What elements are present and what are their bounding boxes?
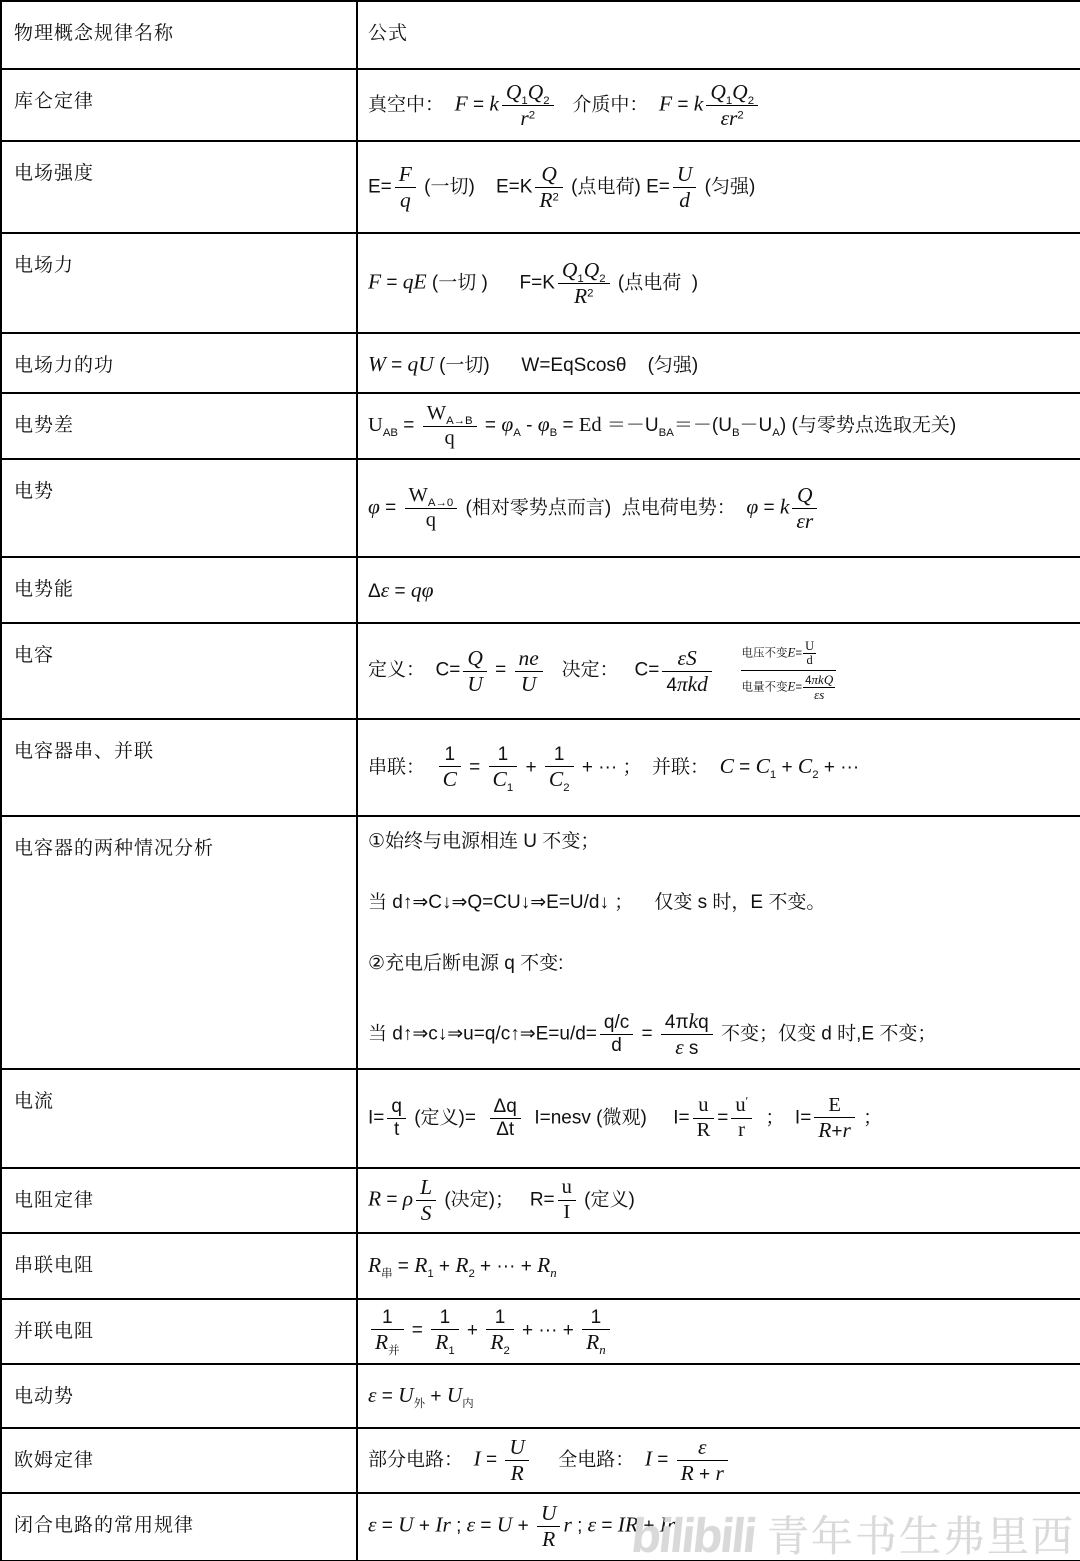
concept-name: 串联电阻 bbox=[1, 1233, 357, 1299]
table-row: 串联电阻R串 = R1 + R2 + ··· + Rn bbox=[1, 1233, 1080, 1299]
table-row: 欧姆定律部分电路： I = UR 全电路： I = εR + r bbox=[1, 1428, 1080, 1493]
concept-name: 电容器的两种情况分析 bbox=[1, 816, 357, 1069]
concept-name: 电势 bbox=[1, 459, 357, 557]
column-header-name: 物理概念规律名称 bbox=[1, 1, 357, 69]
table-row: 电场力的功W = qU (一切) W=EqScosθ (匀强) bbox=[1, 333, 1080, 393]
concept-name: 电阻定律 bbox=[1, 1168, 357, 1233]
formula: UAB = WA→Bq = φA - φB = Ed ＝－UBA＝－(UB－UA… bbox=[357, 393, 1080, 459]
table-row: 电场强度E=Fq (一切) E=KQR2 (点电荷) E=Ud (匀强) bbox=[1, 141, 1080, 233]
table-row: 电场力F = qE (一切 ) F=KQ1Q2R2 (点电荷 ) bbox=[1, 233, 1080, 333]
table-row: 闭合电路的常用规律ε = U + Ir ; ε = U + URr ; ε = … bbox=[1, 1493, 1080, 1561]
table-row: 电容定义： C=QU = neU 决定： C=εS4πkd 电压不变E=Ud电量… bbox=[1, 623, 1080, 719]
concept-name: 电场强度 bbox=[1, 141, 357, 233]
header-row: 物理概念规律名称 公式 bbox=[1, 1, 1080, 69]
formula: Δε = qφ bbox=[357, 557, 1080, 623]
table-row: 电势差UAB = WA→Bq = φA - φB = Ed ＝－UBA＝－(UB… bbox=[1, 393, 1080, 459]
formula: F = qE (一切 ) F=KQ1Q2R2 (点电荷 ) bbox=[357, 233, 1080, 333]
formula: 定义： C=QU = neU 决定： C=εS4πkd 电压不变E=Ud电量不变… bbox=[357, 623, 1080, 719]
formula-table: 物理概念规律名称 公式 库仑定律真空中： F = kQ1Q2r2 介质中： F … bbox=[0, 0, 1080, 1561]
formula: R串 = R1 + R2 + ··· + Rn bbox=[357, 1233, 1080, 1299]
formula: 部分电路： I = UR 全电路： I = εR + r bbox=[357, 1428, 1080, 1493]
formula-table-body: 库仑定律真空中： F = kQ1Q2r2 介质中： F = kQ1Q2εr2电场… bbox=[1, 69, 1080, 1561]
formula: I=qt (定义)= ΔqΔt I=nesv (微观) I=uR=u′r ； I… bbox=[357, 1069, 1080, 1168]
concept-name: 并联电阻 bbox=[1, 1299, 357, 1364]
formula: W = qU (一切) W=EqScosθ (匀强) bbox=[357, 333, 1080, 393]
formula: R = ρLS (决定)； R=uI (定义) bbox=[357, 1168, 1080, 1233]
formula: 1R并 = 1R1 + 1R2 + ··· + 1Rn bbox=[357, 1299, 1080, 1364]
concept-name: 电势差 bbox=[1, 393, 357, 459]
table-row: 电容器的两种情况分析①始终与电源相连 U 不变；当 d↑⇒C↓⇒Q=CU↓⇒E=… bbox=[1, 816, 1080, 1069]
table-row: 电势φ = WA→0q (相对零势点而言) 点电荷电势： φ = kQεr bbox=[1, 459, 1080, 557]
concept-name: 闭合电路的常用规律 bbox=[1, 1493, 357, 1561]
table-row: 电阻定律R = ρLS (决定)； R=uI (定义) bbox=[1, 1168, 1080, 1233]
formula: ε = U外 + U内 bbox=[357, 1364, 1080, 1428]
concept-name: 电场力的功 bbox=[1, 333, 357, 393]
table-row: 电容器串、并联串联： 1C = 1C1 + 1C2 + ··· ； 并联： C … bbox=[1, 719, 1080, 816]
formula: 串联： 1C = 1C1 + 1C2 + ··· ； 并联： C = C1 + … bbox=[357, 719, 1080, 816]
formula: ε = U + Ir ; ε = U + URr ; ε = IR + Ir bbox=[357, 1493, 1080, 1561]
concept-name: 欧姆定律 bbox=[1, 1428, 357, 1493]
formula: 真空中： F = kQ1Q2r2 介质中： F = kQ1Q2εr2 bbox=[357, 69, 1080, 141]
table-row: 电动势ε = U外 + U内 bbox=[1, 1364, 1080, 1428]
concept-name: 电势能 bbox=[1, 557, 357, 623]
table-row: 库仑定律真空中： F = kQ1Q2r2 介质中： F = kQ1Q2εr2 bbox=[1, 69, 1080, 141]
concept-name: 电流 bbox=[1, 1069, 357, 1168]
column-header-formula: 公式 bbox=[357, 1, 1080, 69]
concept-name: 电动势 bbox=[1, 1364, 357, 1428]
table-row: 电流I=qt (定义)= ΔqΔt I=nesv (微观) I=uR=u′r ；… bbox=[1, 1069, 1080, 1168]
concept-name: 电容器串、并联 bbox=[1, 719, 357, 816]
table-row: 电势能Δε = qφ bbox=[1, 557, 1080, 623]
formula: E=Fq (一切) E=KQR2 (点电荷) E=Ud (匀强) bbox=[357, 141, 1080, 233]
concept-name: 电场力 bbox=[1, 233, 357, 333]
formula: φ = WA→0q (相对零势点而言) 点电荷电势： φ = kQεr bbox=[357, 459, 1080, 557]
formula: ①始终与电源相连 U 不变；当 d↑⇒C↓⇒Q=CU↓⇒E=U/d↓ ； 仅变 … bbox=[357, 816, 1080, 1069]
physics-formula-sheet: 物理概念规律名称 公式 库仑定律真空中： F = kQ1Q2r2 介质中： F … bbox=[0, 0, 1080, 1561]
table-row: 并联电阻1R并 = 1R1 + 1R2 + ··· + 1Rn bbox=[1, 1299, 1080, 1364]
concept-name: 库仑定律 bbox=[1, 69, 357, 141]
concept-name: 电容 bbox=[1, 623, 357, 719]
